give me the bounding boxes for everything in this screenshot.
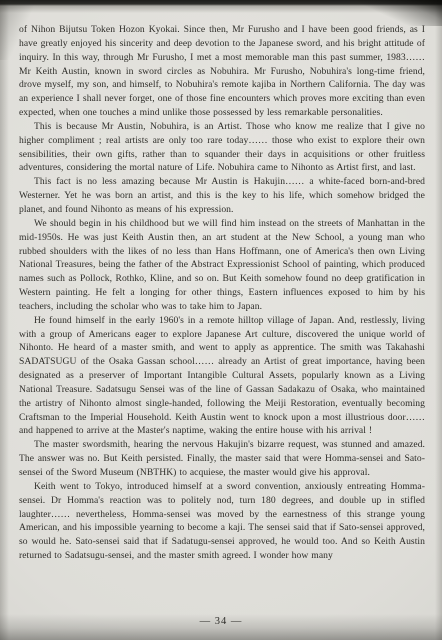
- paragraph: This is because Mr Austin, Nobuhira, is …: [19, 120, 425, 175]
- book-page-photo: of Nihon Bijutsu Token Hozon Kyokai. Sin…: [0, 0, 442, 640]
- page-number: — 34 —: [0, 616, 442, 627]
- paragraph: We should begin in his childhood but we …: [19, 217, 425, 314]
- paragraph: He found himself in the early 1960's in …: [19, 314, 425, 439]
- page-text-block: of Nihon Bijutsu Token Hozon Kyokai. Sin…: [19, 23, 425, 563]
- paragraph: The master swordsmith, hearing the nervo…: [19, 438, 425, 480]
- paragraph: This fact is no less amazing because Mr …: [19, 175, 425, 217]
- paragraph: of Nihon Bijutsu Token Hozon Kyokai. Sin…: [19, 23, 425, 120]
- paragraph: Keith went to Tokyo, introduced himself …: [19, 480, 425, 563]
